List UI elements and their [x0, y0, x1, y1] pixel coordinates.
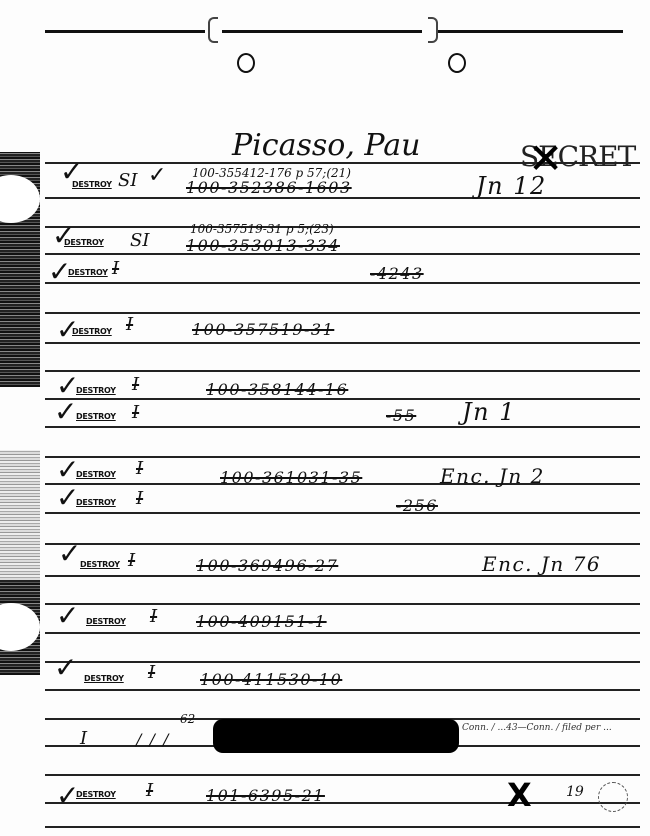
- classification-code: I: [136, 458, 143, 479]
- classification-code: I: [132, 402, 139, 423]
- hole-reinforcement-icon: [428, 17, 438, 43]
- ruled-line: [45, 426, 640, 428]
- handwritten-mark: / / /: [136, 730, 170, 749]
- ruled-line: [45, 282, 640, 284]
- file-number: 100-369496-27: [196, 556, 338, 575]
- ruled-line: [45, 456, 640, 458]
- classification-code: SI: [130, 230, 149, 251]
- destroy-stamp: DESTROY: [76, 412, 116, 421]
- document-page: Picasso, Pau SECRET ✕ ✓ DESTROY SI ✓ 100…: [0, 0, 650, 836]
- file-number: 100-358144-16: [206, 380, 348, 399]
- file-number: 100-361031-35: [220, 468, 362, 487]
- serial-note: Enc. Jn 76: [482, 552, 601, 576]
- destroy-stamp: DESTROY: [76, 498, 116, 507]
- classification-code: I: [148, 662, 155, 683]
- ruled-line: [45, 632, 640, 634]
- file-number: 100-353013-334: [186, 236, 340, 255]
- serial-note: Jn 12: [476, 172, 547, 200]
- destroy-stamp: DESTROY: [80, 560, 120, 569]
- ruled-line: [45, 342, 640, 344]
- destroy-stamp: DESTROY: [86, 617, 126, 626]
- ruled-line: [45, 689, 640, 691]
- file-number: -256: [396, 496, 438, 515]
- classification-code: I: [150, 606, 157, 627]
- ruled-line: [45, 226, 640, 228]
- check-mark-icon: ✓: [54, 398, 77, 426]
- file-number: 100-352386-1603: [186, 178, 352, 197]
- classification-code: I: [136, 488, 143, 509]
- classification-code: I: [126, 314, 133, 335]
- ruled-line: [45, 370, 640, 372]
- file-number: -55: [386, 406, 416, 425]
- ruled-line: [45, 197, 640, 199]
- serial-note: Enc. Jn 2: [440, 464, 545, 488]
- serial-note: Jn 1: [462, 398, 516, 426]
- classification-code: I: [128, 550, 135, 571]
- punch-hole-icon: [237, 53, 255, 73]
- ruled-line: [45, 543, 640, 545]
- file-number: 100-357519-31: [192, 320, 334, 339]
- ruled-line: [45, 603, 640, 605]
- classification-code: I: [146, 780, 153, 801]
- classification-code: SI: [118, 170, 137, 191]
- ruled-line: [45, 253, 640, 255]
- file-number: 101-6395-21: [206, 786, 325, 805]
- classification-code: I: [112, 258, 119, 279]
- hole-reinforcement-icon: [208, 17, 218, 43]
- check-mark-icon: ✓: [56, 602, 79, 630]
- circled-mark-icon: [598, 782, 628, 812]
- ruled-line: [45, 312, 640, 314]
- file-number: 100-357519-31 p 5;(23): [190, 222, 334, 236]
- check-mark-icon: ✓: [148, 165, 166, 187]
- destroy-stamp: DESTROY: [76, 790, 116, 799]
- top-rule: [222, 30, 422, 33]
- destroy-stamp: DESTROY: [76, 470, 116, 479]
- destroy-stamp: DESTROY: [72, 327, 112, 336]
- destroy-stamp: DESTROY: [76, 386, 116, 395]
- ruled-line: [45, 774, 640, 776]
- check-mark-icon: ✓: [58, 540, 81, 568]
- destroy-stamp: DESTROY: [72, 180, 112, 189]
- classification-code: I: [132, 374, 139, 395]
- file-number: 100-411530-10: [200, 670, 342, 689]
- redaction-block: [213, 719, 459, 753]
- subject-name: Picasso, Pau: [232, 128, 420, 163]
- top-rule: [438, 30, 623, 33]
- ruled-line: [45, 661, 640, 663]
- destroy-stamp: DESTROY: [84, 674, 124, 683]
- file-number: -4243: [370, 264, 424, 283]
- classification-code: I: [80, 728, 87, 749]
- file-number: 100-409151-1: [196, 612, 327, 631]
- left-edge-shadow: [0, 450, 40, 580]
- footer-number: 19: [566, 784, 584, 800]
- marginal-note: Conn. / ...43—Conn. / filed per ...: [462, 722, 632, 734]
- destroy-stamp: DESTROY: [64, 238, 104, 247]
- x-mark-icon: X: [507, 776, 532, 814]
- top-rule: [45, 30, 205, 33]
- punch-hole-icon: [448, 53, 466, 73]
- serial-note: 62: [180, 712, 195, 726]
- ruled-line: [45, 802, 640, 804]
- ruled-line: [45, 512, 640, 514]
- check-mark-icon: ✓: [54, 654, 77, 682]
- ruled-line: [45, 826, 640, 828]
- destroy-stamp: DESTROY: [68, 268, 108, 277]
